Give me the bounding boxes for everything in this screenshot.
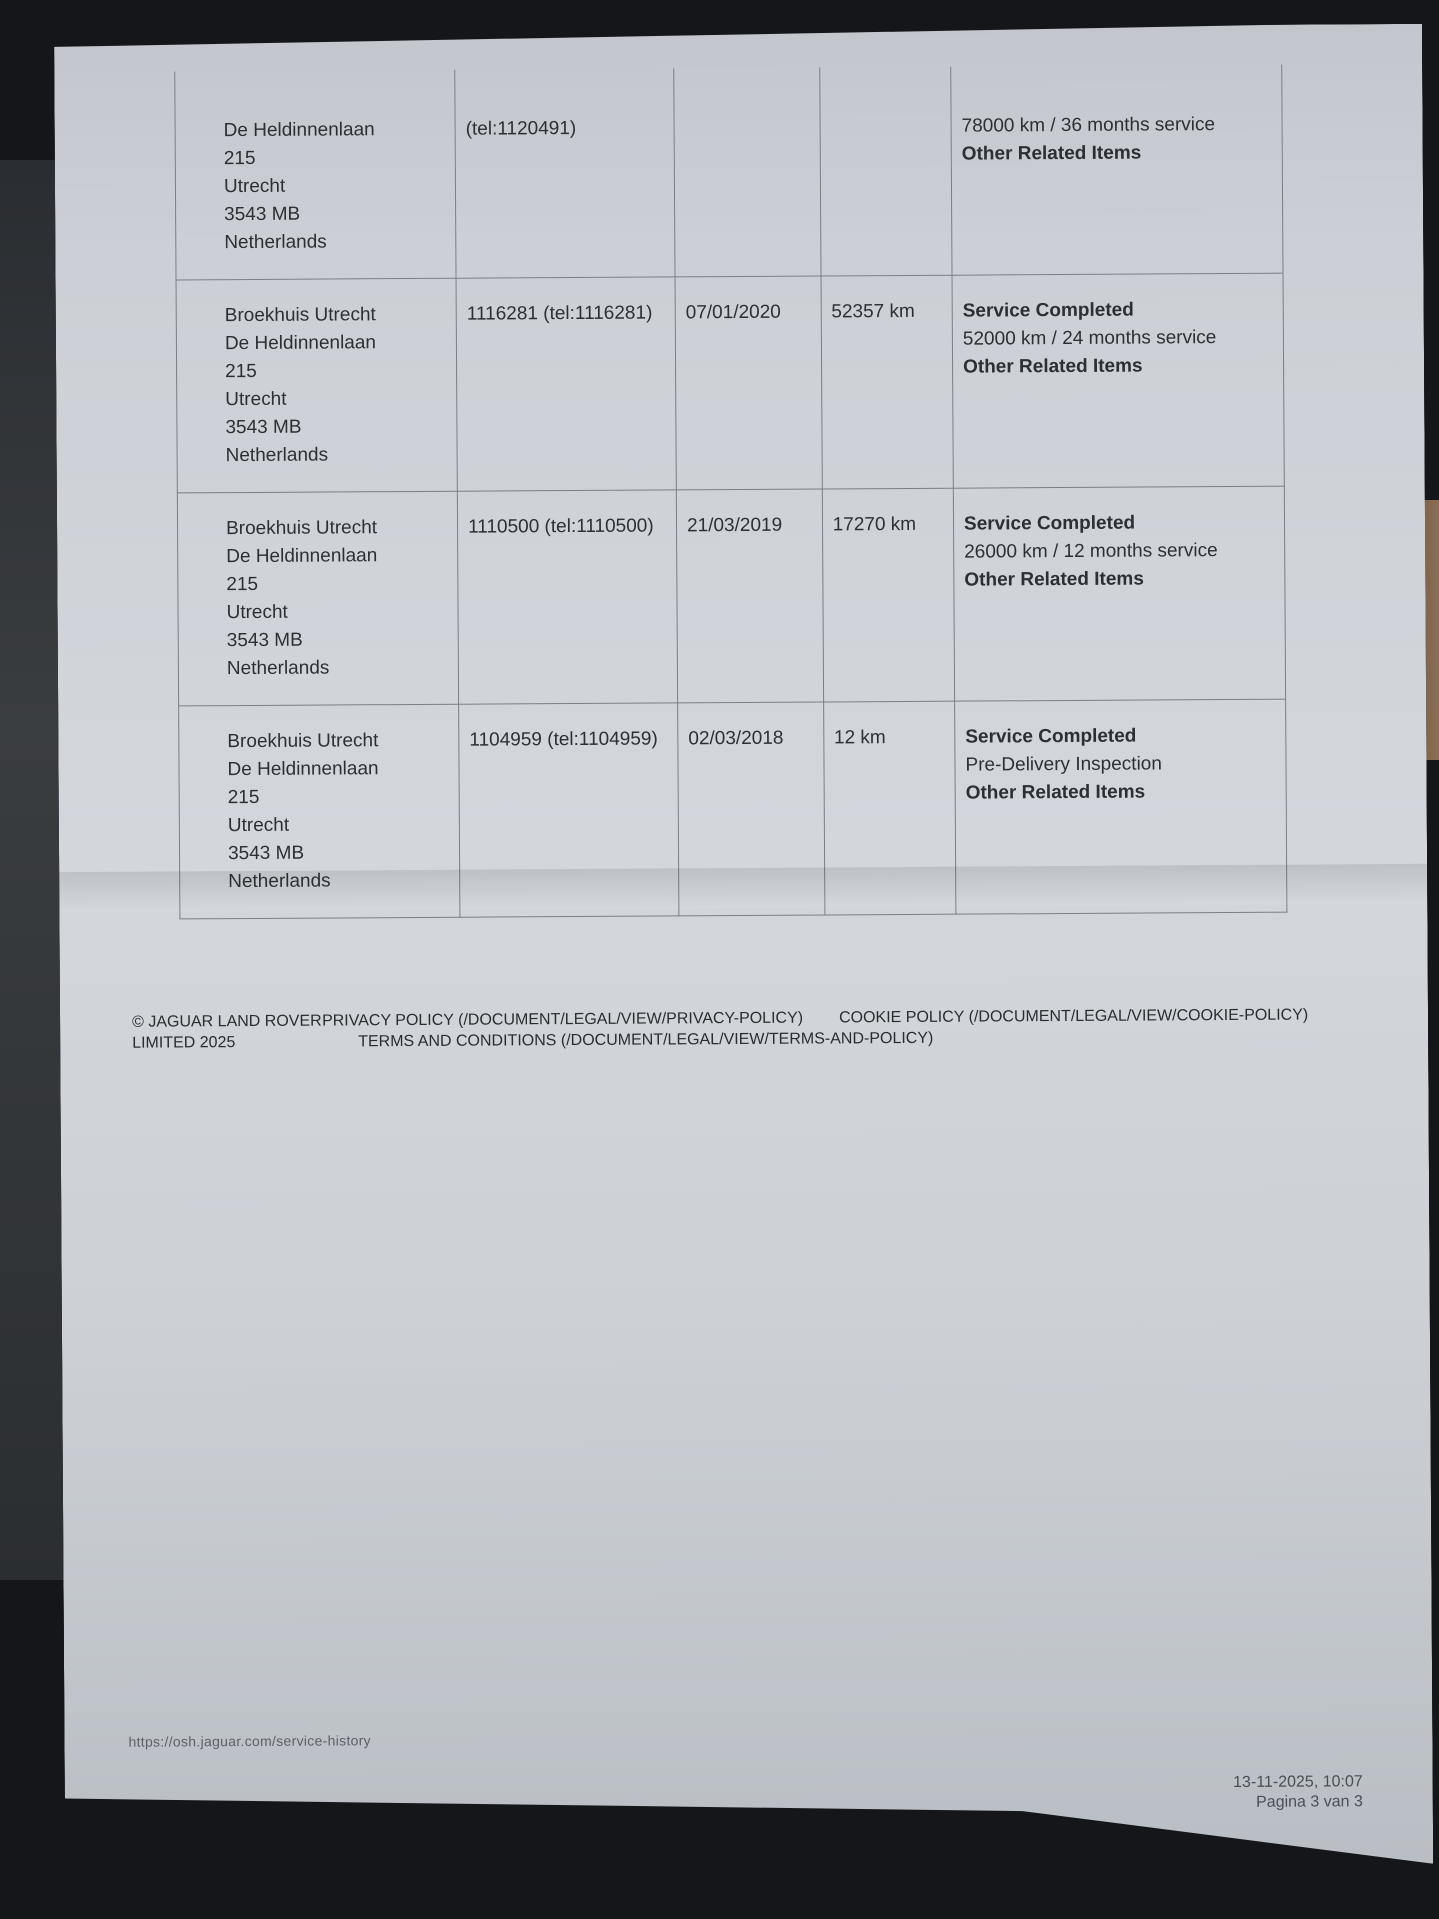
- print-timestamp: 13-11-2025, 10:07: [1233, 1772, 1363, 1793]
- dealer-address-line: 215: [224, 144, 441, 173]
- dealer-address-line: De Heldinnenlaan: [225, 329, 442, 358]
- page-number: Pagina 3 van 3: [1233, 1792, 1363, 1813]
- dealer-address-line: Netherlands: [227, 654, 444, 683]
- terms-and-conditions-link[interactable]: TERMS AND CONDITIONS (/DOCUMENT/LEGAL/VI…: [358, 1030, 933, 1051]
- service-type: Pre-Delivery Inspection: [965, 750, 1271, 780]
- dealer-phone-cell: 1104959 (tel:1104959): [459, 703, 679, 917]
- privacy-policy-link[interactable]: PRIVACY POLICY (/DOCUMENT/LEGAL/VIEW/PRI…: [322, 1010, 803, 1030]
- mileage-cell: [819, 67, 952, 276]
- service-type: 78000 km / 36 months service: [962, 111, 1268, 141]
- dealer-address-line: Utrecht: [225, 385, 442, 414]
- dealer-address-line: 3543 MB: [228, 839, 445, 868]
- other-related-items-link[interactable]: Other Related Items: [966, 778, 1272, 808]
- service-type: 26000 km / 12 months service: [964, 537, 1270, 567]
- service-date-cell: 07/01/2020: [675, 276, 822, 490]
- dealer-address-line: Broekhuis Utrecht: [227, 727, 444, 756]
- dealer-address-line: 3543 MB: [227, 626, 444, 655]
- dealer-phone[interactable]: 1116281 (tel:1116281): [467, 303, 653, 325]
- dealer-address-line: 3543 MB: [225, 413, 442, 442]
- service-status: Service Completed: [965, 722, 1271, 752]
- cookie-policy-link[interactable]: COOKIE POLICY (/DOCUMENT/LEGAL/VIEW/COOK…: [839, 1007, 1308, 1027]
- dealer-address-line: Utrecht: [224, 172, 441, 201]
- dealer-address-line: 215: [226, 570, 443, 599]
- print-source-url: https://osh.jaguar.com/service-history: [128, 1732, 371, 1749]
- print-metadata: 13-11-2025, 10:07 Pagina 3 van 3: [1233, 1772, 1363, 1813]
- dealer-address-line: 215: [225, 357, 442, 386]
- dealer-address-line: Netherlands: [224, 228, 441, 257]
- dealer-address-cell: Broekhuis UtrechtDe Heldinnenlaan215Utre…: [177, 491, 458, 706]
- printed-page: De Heldinnenlaan215Utrecht3543 MBNetherl…: [54, 24, 1433, 1872]
- dealer-phone-cell: 1110500 (tel:1110500): [457, 490, 677, 704]
- copyright-notice: © JAGUAR LAND ROVER LIMITED 2025: [132, 1011, 322, 1054]
- service-date-cell: 02/03/2018: [678, 702, 825, 916]
- dealer-address-line: Netherlands: [226, 441, 443, 470]
- page-footer: © JAGUAR LAND ROVER LIMITED 2025 PRIVACY…: [132, 1005, 1312, 1054]
- mileage: 52357 km: [831, 301, 915, 323]
- mileage: 12 km: [834, 727, 886, 748]
- service-details-cell: Service Completed 52000 km / 24 months s…: [952, 273, 1284, 488]
- service-status: Service Completed: [963, 296, 1269, 326]
- footer-links: PRIVACY POLICY (/DOCUMENT/LEGAL/VIEW/PRI…: [322, 1005, 1312, 1053]
- service-status: Service Completed: [964, 509, 1270, 539]
- dealer-address-line: Broekhuis Utrecht: [226, 514, 443, 543]
- other-related-items-link[interactable]: Other Related Items: [962, 139, 1268, 169]
- dealer-address-cell: De Heldinnenlaan215Utrecht3543 MBNetherl…: [175, 70, 456, 280]
- dealer-phone-cell: 1116281 (tel:1116281): [456, 277, 676, 491]
- table-row: Broekhuis UtrechtDe Heldinnenlaan215Utre…: [179, 699, 1287, 919]
- dealer-address-line: Broekhuis Utrecht: [225, 301, 442, 330]
- table-row: De Heldinnenlaan215Utrecht3543 MBNetherl…: [175, 65, 1283, 280]
- service-details-cell: Service Completed 26000 km / 12 months s…: [953, 486, 1285, 701]
- service-history-rows: De Heldinnenlaan215Utrecht3543 MBNetherl…: [175, 65, 1287, 919]
- dealer-address-line: 215: [228, 783, 445, 812]
- service-date: 21/03/2019: [687, 515, 782, 537]
- mileage: 17270 km: [833, 514, 917, 536]
- service-date-cell: [674, 68, 821, 277]
- dealer-phone[interactable]: 1104959 (tel:1104959): [469, 729, 658, 751]
- dealer-phone[interactable]: 1110500 (tel:1110500): [468, 516, 654, 538]
- service-type: 52000 km / 24 months service: [963, 324, 1269, 354]
- dealer-address-line: 3543 MB: [224, 200, 441, 229]
- service-date: 02/03/2018: [688, 728, 783, 750]
- table-row: Broekhuis UtrechtDe Heldinnenlaan215Utre…: [176, 273, 1284, 493]
- dealer-address-line: Utrecht: [226, 598, 443, 627]
- mileage-cell: 12 km: [823, 701, 956, 915]
- mileage-cell: 52357 km: [821, 275, 954, 489]
- dealer-address-line: De Heldinnenlaan: [227, 755, 444, 784]
- dealer-address-line: Netherlands: [228, 867, 445, 896]
- dealer-address-line: De Heldinnenlaan: [224, 116, 441, 145]
- service-history-table: De Heldinnenlaan215Utrecht3543 MBNetherl…: [174, 65, 1287, 920]
- mileage-cell: 17270 km: [822, 488, 955, 702]
- other-related-items-link[interactable]: Other Related Items: [964, 565, 1270, 595]
- dealer-address-cell: Broekhuis UtrechtDe Heldinnenlaan215Utre…: [179, 704, 460, 919]
- dealer-phone[interactable]: (tel:1120491): [466, 118, 577, 140]
- dealer-address-cell: Broekhuis UtrechtDe Heldinnenlaan215Utre…: [176, 278, 457, 493]
- dealer-address-line: De Heldinnenlaan: [226, 542, 443, 571]
- service-details-cell: Service Completed Pre-Delivery Inspectio…: [955, 699, 1287, 914]
- service-details-cell: 78000 km / 36 months service Other Relat…: [951, 65, 1283, 276]
- other-related-items-link[interactable]: Other Related Items: [963, 352, 1269, 382]
- table-row: Broekhuis UtrechtDe Heldinnenlaan215Utre…: [177, 486, 1285, 706]
- dealer-address-line: Utrecht: [228, 811, 445, 840]
- service-date: 07/01/2020: [686, 302, 781, 324]
- service-date-cell: 21/03/2019: [676, 489, 823, 703]
- dealer-phone-cell: (tel:1120491): [455, 68, 675, 278]
